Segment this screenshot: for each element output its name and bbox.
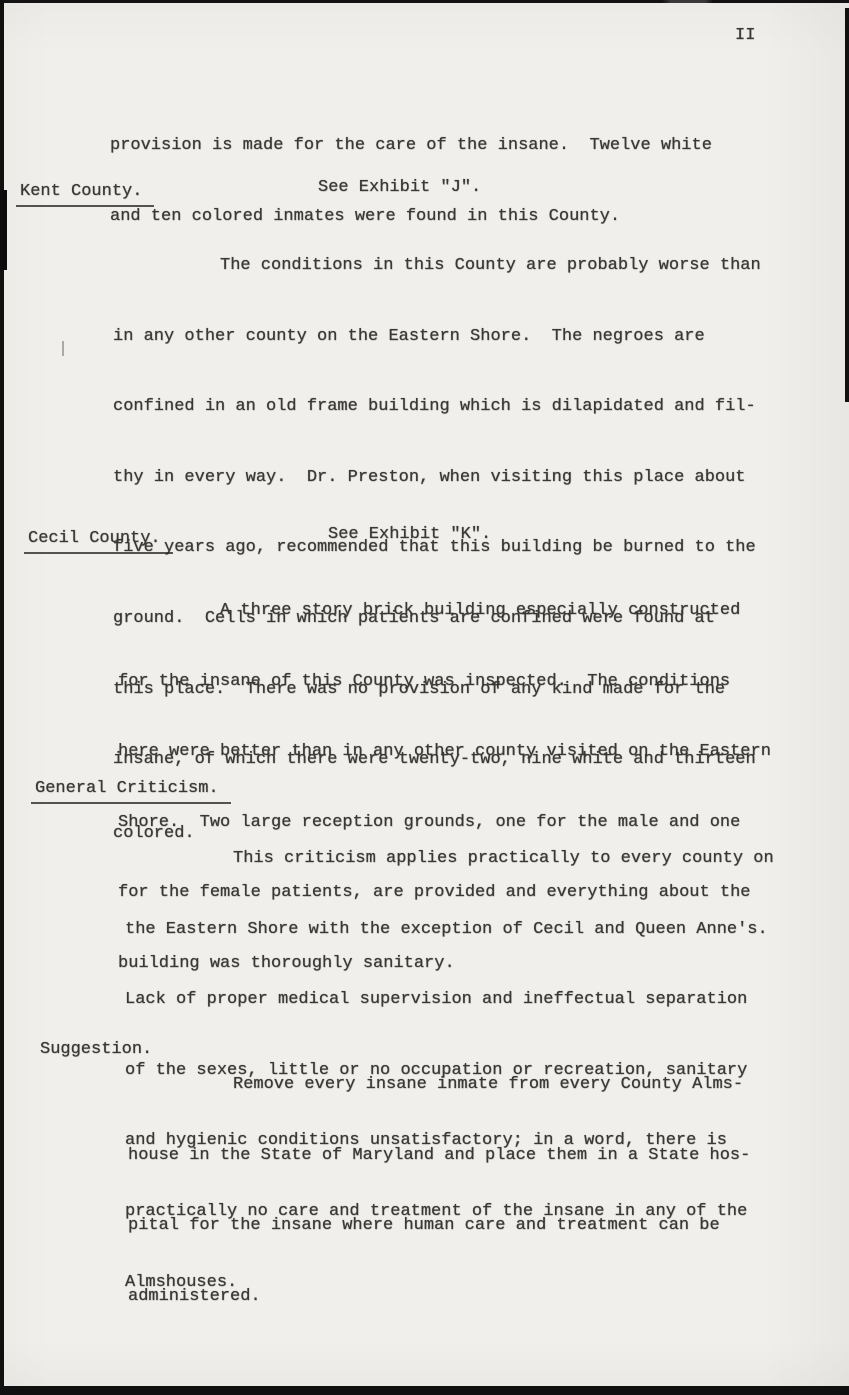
text-line: pital for the insane where human care an… <box>128 1210 750 1243</box>
kent-heading: Kent County. <box>16 182 154 207</box>
text-line: in any other county on the Eastern Shore… <box>113 321 761 354</box>
text-line: the Eastern Shore with the exception of … <box>125 914 774 947</box>
text-line: provision is made for the care of the in… <box>110 130 712 163</box>
text-line: The conditions in this County are probab… <box>113 250 761 283</box>
text-line: A three story brick building especially … <box>118 595 771 628</box>
scanned-document-page: II provision is made for the care of the… <box>0 0 849 1395</box>
text-line: thy in every way. Dr. Preston, when visi… <box>113 462 761 495</box>
text-line: Lack of proper medical supervision and i… <box>125 984 774 1017</box>
criticism-heading: General Criticism. <box>31 779 231 804</box>
cecil-heading: Cecil County. <box>24 529 173 554</box>
page-number: II <box>735 26 755 46</box>
text-line: Remove every insane inmate from every Co… <box>128 1069 750 1102</box>
kent-exhibit: See Exhibit "J". <box>318 178 481 198</box>
text-line: administered. <box>128 1281 750 1314</box>
scan-edge-left-blob <box>0 190 7 270</box>
cecil-exhibit: See Exhibit "K". <box>328 525 491 545</box>
text-line: house in the State of Maryland and place… <box>128 1140 750 1173</box>
scan-edge-top <box>0 0 849 3</box>
scan-edge-bottom <box>0 1386 849 1395</box>
text-line: here were better than in any other count… <box>118 736 771 769</box>
ink-smudge <box>62 341 64 356</box>
scan-edge-right <box>845 8 849 402</box>
text-line: confined in an old frame building which … <box>113 391 761 424</box>
text-line: for the insane of this County was inspec… <box>118 666 771 699</box>
suggestion-paragraph: Remove every insane inmate from every Co… <box>128 1031 750 1351</box>
text-line: This criticism applies practically to ev… <box>125 843 774 876</box>
